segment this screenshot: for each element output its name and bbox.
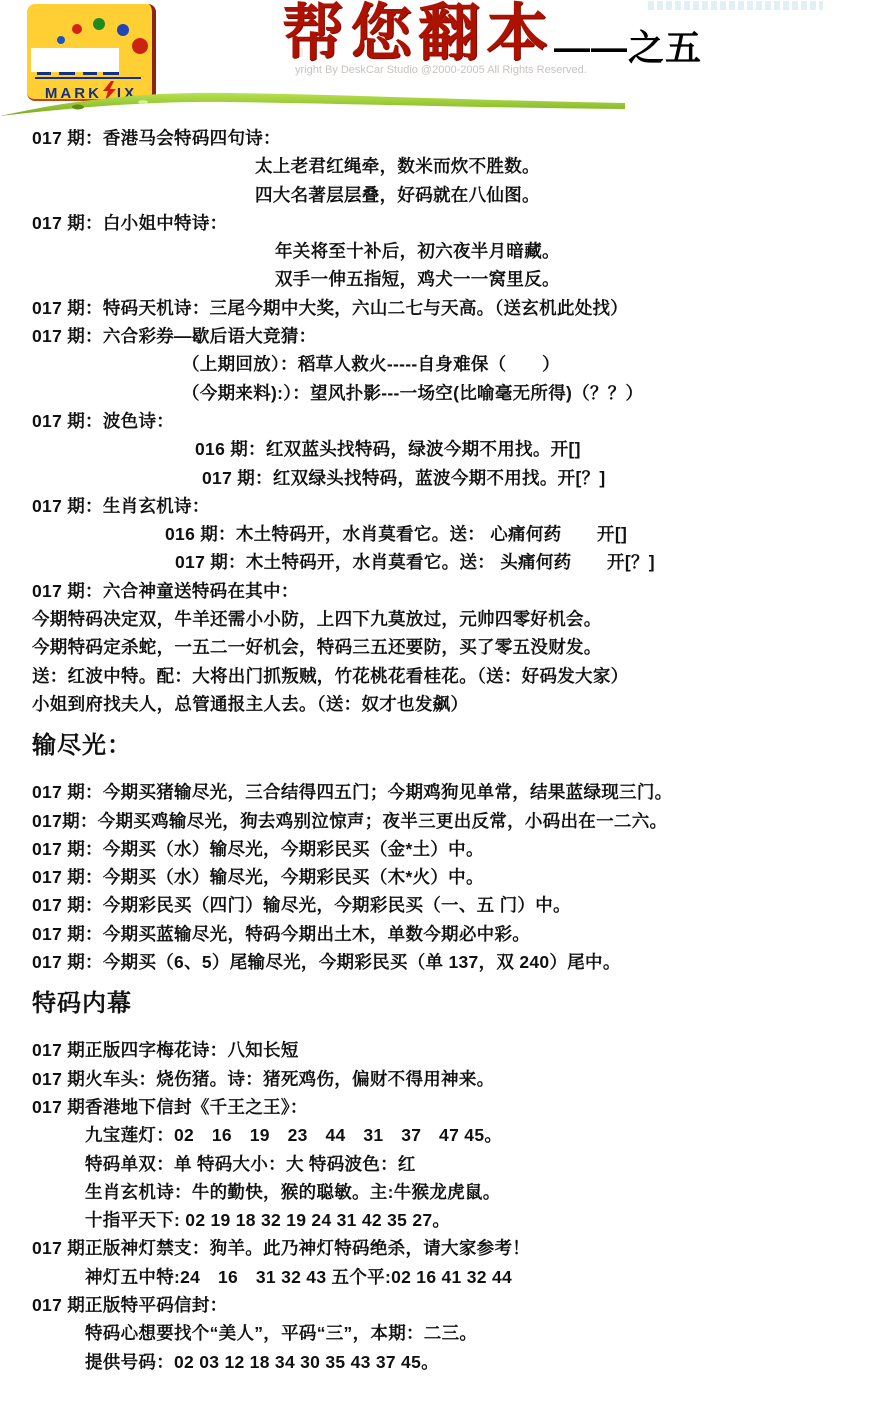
text-line: 017 期正版神灯禁支：狗羊。此乃神灯特码绝杀，请大家参考！: [32, 1234, 870, 1262]
text-line: 特码单双：单 特码大小：大 特码波色：红: [32, 1150, 870, 1178]
logo-dot-icon: [57, 36, 65, 44]
white-overlay: [31, 48, 119, 72]
text-line: 017 期：今期买（6、5）尾输尽光，今期彩民买（单 137，双 240）尾中。: [32, 948, 870, 976]
text-line: 今期特码定杀蛇，一五二一好机会，特码三五还要防，买了零五没财发。: [32, 633, 870, 661]
text-line: 017 期正版四字梅花诗：八知长短: [32, 1036, 870, 1064]
logo-divider: [35, 77, 141, 79]
page-title: 帮您翻本——之五: [282, 2, 702, 71]
section-heading: 特码内幕: [32, 989, 870, 1019]
header: MARK IX 帮您翻本——之五 yright By DeskCar Studi…: [0, 0, 880, 120]
text-line: 017 期火车头：烧伤猪。诗：猪死鸡伤，偏财不得用神来。: [32, 1065, 870, 1093]
text-line: 年关将至十补后，初六夜半月暗藏。: [32, 237, 870, 265]
text-line: 四大名著层层叠，好码就在八仙图。: [32, 181, 870, 209]
section-shujinguang: 输尽光： 017 期：今期买猪输尽光，三合结得四五门；今期鸡狗见单常，结果蓝绿现…: [32, 731, 870, 976]
text-line: 双手一伸五指短，鸡犬一一窝里反。: [32, 265, 870, 293]
text-line: 特码心想要找个“美人”，平码“三”，本期：二三。: [32, 1319, 870, 1347]
text-line: 017 期：六合神童送特码在其中：: [32, 577, 870, 605]
text-line: 神灯五中特:24 16 31 32 43 五个平:02 16 41 32 44: [32, 1263, 870, 1291]
text-line: 017 期：今期买（水）输尽光，今期彩民买（木*火）中。: [32, 863, 870, 891]
mark-six-logo: MARK IX: [27, 4, 156, 101]
logo-dot-icon: [117, 24, 129, 36]
document-body: 017 期：香港马会特码四句诗： 太上老君红绳牵，数米而炊不胜数。 四大名著层层…: [0, 120, 880, 1376]
text-line: 017 期：特码天机诗：三尾今期中大奖，六山二七与天高。（送玄机此处找）: [32, 294, 870, 322]
text-line: 017 期：今期买蓝输尽光，特码今期出土木，单数今期必中彩。: [32, 920, 870, 948]
text-line: 提供号码：02 03 12 18 34 30 35 43 37 45。: [32, 1348, 870, 1376]
logo-dot-icon: [132, 38, 148, 54]
text-line: 017 期香港地下信封《千王之王》：: [32, 1093, 870, 1121]
text-line: 017 期正版特平码信封：: [32, 1291, 870, 1319]
text-line: 十指平天下: 02 19 18 32 19 24 31 42 35 27。: [32, 1206, 870, 1234]
text-line: 017 期：红双绿头找特码，蓝波今期不用找。开[？]: [32, 464, 870, 492]
section-poems: 017 期：香港马会特码四句诗： 太上老君红绳牵，数米而炊不胜数。 四大名著层层…: [32, 124, 870, 718]
text-line: 017 期：木土特码开，水肖莫看它。送： 头痛何药 开[？]: [32, 548, 870, 576]
text-line: 017 期：生肖玄机诗：: [32, 492, 870, 520]
text-line: 017 期：今期买猪输尽光，三合结得四五门；今期鸡狗见单常，结果蓝绿现三门。: [32, 778, 870, 806]
green-hill-band: [0, 90, 625, 120]
text-line: 017 期：波色诗：: [32, 407, 870, 435]
text-line: 017 期：白小姐中特诗：: [32, 209, 870, 237]
logo-dot-icon: [72, 24, 82, 34]
text-line: 017 期：六合彩券—歇后语大竞猜：: [32, 322, 870, 350]
lottery-tip-sheet-page: MARK IX 帮您翻本——之五 yright By DeskCar Studi…: [0, 0, 880, 1404]
text-line: 017 期：今期买（水）输尽光，今期彩民买（金*土）中。: [32, 835, 870, 863]
logo-dot-icon: [93, 18, 105, 30]
section-heading: 输尽光：: [32, 731, 870, 761]
text-line: 太上老君红绳牵，数米而炊不胜数。: [32, 152, 870, 180]
text-line: 016 期：木土特码开，水肖莫看它。送： 心痛何药 开[]: [32, 520, 870, 548]
text-line: 九宝莲灯：02 16 19 23 44 31 37 47 45。: [32, 1121, 870, 1149]
text-line: （上期回放）：稻草人救火-----自身难保（ ）: [32, 350, 870, 378]
text-line: 017 期：香港马会特码四句诗：: [32, 124, 870, 152]
text-line: 017 期：今期彩民买（四门）输尽光，今期彩民买（一、五 门）中。: [32, 891, 870, 919]
text-line: 生肖玄机诗：牛的勤快，猴的聪敏。主:牛猴龙虎鼠。: [32, 1178, 870, 1206]
main-title: 帮您翻本: [282, 2, 554, 64]
text-line: 016 期：红双蓝头找特码，绿波今期不用找。开[]: [32, 435, 870, 463]
copyright-watermark: yright By DeskCar Studio @2000-2005 All …: [295, 64, 625, 76]
text-line: 小姐到府找夫人，总管通报主人去。（送：奴才也发飙）: [32, 690, 870, 718]
text-line: 今期特码决定双，牛羊还需小小防，上四下九莫放过，元帅四零好机会。: [32, 605, 870, 633]
text-line: （今期来料):）：望风扑影---一场空(比喻毫无所得)（？？）: [32, 379, 870, 407]
text-line: 017期：今期买鸡输尽光，狗去鸡别泣惊声；夜半三更出反常，小码出在一二六。: [32, 807, 870, 835]
text-line: 送：红波中特。配：大将出门抓叛贼，竹花桃花看桂花。（送：好码发大家）: [32, 662, 870, 690]
section-temaneimu: 特码内幕 017 期正版四字梅花诗：八知长短 017 期火车头：烧伤猪。诗：猪死…: [32, 989, 870, 1376]
